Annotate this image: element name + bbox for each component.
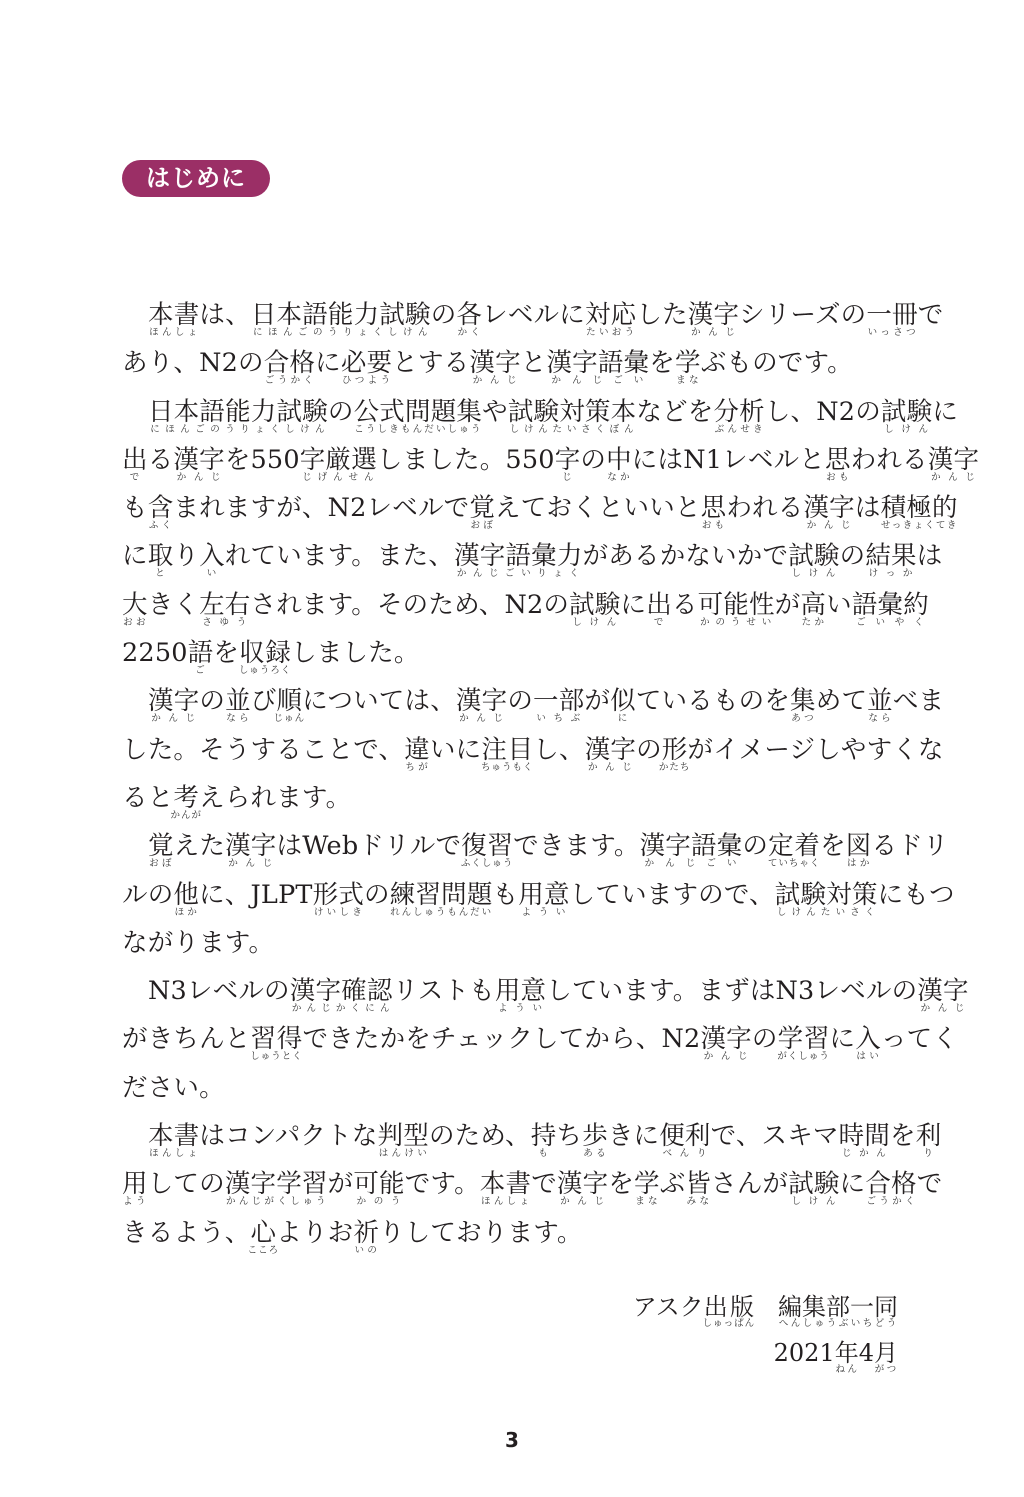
- furigana-word: 漢字かんじ: [928, 445, 979, 475]
- text-run: の: [328, 397, 354, 427]
- paragraph-1-line: 本書ほんしょは、日本語能力試験にほんごのうりょくしけんの各かくレベルに対応たいお…: [122, 298, 900, 346]
- text-run: ると: [122, 783, 173, 813]
- furigana-reading: ほんしょ: [148, 327, 199, 338]
- text-run: われる: [726, 493, 803, 523]
- furigana-reading: かんじ: [148, 713, 199, 724]
- furigana-reading: しけん: [788, 1196, 839, 1207]
- text-run: は: [855, 493, 881, 523]
- furigana-reading: なら: [225, 713, 251, 724]
- furigana-reading: じかん: [839, 1148, 890, 1159]
- text-run: は: [917, 541, 943, 571]
- furigana-reading: おも: [701, 520, 727, 531]
- furigana-word: 漢字かんじ: [148, 686, 199, 716]
- furigana-reading: ようい: [495, 1003, 546, 1014]
- paragraph-2-line: も含ふくまれますが、N2レベルで覚おぼえておくといいと思おもわれる漢字かんじは積…: [122, 491, 900, 539]
- text-run: ってく: [881, 1024, 958, 1054]
- furigana-reading: ふく: [148, 520, 174, 531]
- furigana-word: 年ねん: [835, 1339, 859, 1367]
- text-run: ルの: [122, 880, 173, 910]
- text-run: えられます。: [199, 783, 351, 813]
- furigana-word: 学習がくしゅう: [778, 1024, 830, 1054]
- furigana-reading: けいしき: [313, 907, 364, 918]
- furigana-word: 練習問題れんしゅうもんだい: [390, 880, 493, 910]
- furigana-word: 日本語能力試験にほんごのうりょくしけん: [148, 397, 328, 427]
- publication-date: 2021年ねん4月がつ: [633, 1338, 898, 1384]
- text-run: されます。そのため、N2の: [251, 590, 570, 620]
- text-run: ぶものです。: [701, 348, 853, 378]
- preface-body: 本書ほんしょは、日本語能力試験にほんごのうりょくしけんの各かくレベルに対応たいお…: [122, 298, 900, 1264]
- furigana-word: 利り: [916, 1121, 942, 1151]
- paragraph-5-line: がきちんと習得しゅうとくできたかをチェックしてから、N2漢字かんじの学習がくしゅ…: [122, 1022, 900, 1070]
- furigana-reading: がつ: [874, 1364, 898, 1375]
- furigana-word: 並なら: [867, 686, 893, 716]
- furigana-reading: しけん: [788, 568, 839, 579]
- text-run: も: [493, 880, 519, 910]
- furigana-reading: かんじごい: [546, 375, 649, 386]
- furigana-word: 形かたち: [662, 735, 688, 765]
- furigana-word: 出で: [122, 445, 148, 475]
- furigana-word: 図はか: [846, 831, 872, 861]
- furigana-word: 似に: [610, 686, 636, 716]
- text-run: がきちんと: [122, 1024, 251, 1054]
- furigana-reading: かんじ: [225, 858, 276, 869]
- text-run: 4: [859, 1339, 874, 1367]
- furigana-word: 用意ようい: [495, 976, 546, 1006]
- text-run: で: [918, 300, 944, 330]
- furigana-word: 大おお: [122, 590, 148, 620]
- furigana-reading: ていちゃく: [768, 858, 821, 869]
- furigana-reading: かんじ: [688, 327, 739, 338]
- furigana-reading: たか: [800, 617, 826, 628]
- furigana-word: 思おも: [825, 445, 851, 475]
- furigana-reading: かんじ: [173, 472, 224, 483]
- furigana-word: 歩ある: [582, 1121, 608, 1151]
- text-run: るドリ: [872, 831, 949, 861]
- text-run: いに: [430, 735, 481, 765]
- furigana-word: 漢字かんじ: [469, 348, 520, 378]
- furigana-reading: じ: [555, 472, 581, 483]
- furigana-reading: しゅっぱん: [703, 1318, 756, 1329]
- furigana-reading: いちぶ: [533, 713, 584, 724]
- text-run: きに: [608, 1121, 659, 1151]
- furigana-reading: さゆう: [199, 617, 250, 628]
- furigana-word: 字じ: [555, 445, 581, 475]
- furigana-word: 漢字かんじ: [585, 735, 636, 765]
- furigana-word: 漢字語彙力かんじごいりょく: [454, 541, 583, 571]
- text-run: です。: [405, 1169, 480, 1199]
- furigana-word: 他ほか: [173, 880, 199, 910]
- furigana-word: 可能かのう: [353, 1169, 404, 1199]
- furigana-reading: しけん: [881, 424, 932, 435]
- paragraph-3-line: した。そうすることで、違ちがいに注目ちゅうもくし、漢字かんじの形かたちがイメージ…: [122, 733, 900, 781]
- furigana-word: 出で: [646, 590, 672, 620]
- furigana-word: 覚おぼ: [148, 831, 174, 861]
- furigana-reading: かんじかくにん: [290, 1003, 393, 1014]
- text-run: を550: [225, 445, 300, 475]
- text-run: はWebドリルで: [277, 831, 462, 861]
- furigana-reading: へんしゅうぶいちどう: [778, 1318, 898, 1329]
- furigana-reading: なか: [606, 472, 632, 483]
- furigana-reading: せっきょくてき: [881, 520, 958, 531]
- furigana-reading: ある: [582, 1148, 608, 1159]
- text-run: あり、N2の: [122, 348, 264, 378]
- text-run: を: [890, 1121, 916, 1151]
- furigana-word: 皆みな: [685, 1169, 711, 1199]
- furigana-reading: ねん: [835, 1364, 859, 1375]
- furigana-word: 漢字かんじ: [803, 493, 854, 523]
- furigana-word: 取と: [148, 541, 174, 571]
- furigana-reading: おぼ: [148, 858, 174, 869]
- text-run: まれますが、N2レベルで: [173, 493, 469, 523]
- furigana-reading: おお: [122, 617, 148, 628]
- furigana-reading: ほか: [173, 907, 199, 918]
- text-run: は、: [199, 300, 250, 330]
- furigana-reading: かんじごいりょく: [454, 568, 583, 579]
- signature-block: アスク出版しゅっぱん 編集部一同へんしゅうぶいちどう 2021年ねん4月がつ: [633, 1292, 898, 1384]
- furigana-word: 本書ほんしょ: [148, 300, 199, 330]
- furigana-word: 字厳選じげんせん: [300, 445, 377, 475]
- furigana-word: 定着ていちゃく: [768, 831, 820, 861]
- text-run: した: [636, 300, 687, 330]
- furigana-reading: かたち: [659, 762, 691, 773]
- furigana-reading: も: [531, 1148, 557, 1159]
- text-run: る: [148, 445, 174, 475]
- furigana-reading: ほんしょ: [148, 1148, 199, 1159]
- furigana-reading: しけんたいさくぼん: [508, 424, 637, 435]
- text-run: を: [608, 1169, 634, 1199]
- furigana-word: 復習ふくしゅう: [461, 831, 513, 861]
- furigana-reading: かく: [456, 327, 482, 338]
- furigana-reading: よう: [122, 1196, 148, 1207]
- text-run: の: [752, 1024, 778, 1054]
- furigana-word: 対応たいおう: [585, 300, 636, 330]
- furigana-reading: かんじ: [928, 472, 979, 483]
- text-run: にもつ: [878, 880, 955, 910]
- furigana-reading: ちが: [404, 762, 430, 773]
- furigana-word: 漢字かんじ: [225, 831, 276, 861]
- furigana-word: 学まな: [675, 348, 701, 378]
- text-run: できます。: [513, 831, 639, 861]
- furigana-reading: かんじ: [803, 520, 854, 531]
- furigana-word: 試験対策本しけんたいさくぼん: [508, 397, 637, 427]
- text-run: はコンパクトな: [199, 1121, 377, 1151]
- furigana-reading: はか: [846, 858, 872, 869]
- furigana-word: 順じゅん: [277, 686, 303, 716]
- furigana-word: 本書ほんしょ: [480, 1169, 531, 1199]
- furigana-word: 日本語能力試験にほんごのうりょくしけん: [251, 300, 431, 330]
- page-number: 3: [0, 1428, 1024, 1452]
- text-run: ているものを: [636, 686, 790, 716]
- furigana-reading: けっか: [865, 568, 916, 579]
- furigana-reading: じげんせん: [300, 472, 377, 483]
- text-run: がイメージしやすくな: [688, 735, 944, 765]
- furigana-reading: べんり: [659, 1148, 710, 1159]
- text-run: に: [932, 397, 958, 427]
- text-run: N3レベルの: [148, 976, 290, 1006]
- furigana-word: 試験しけん: [788, 1169, 839, 1199]
- furigana-word: 便利べんり: [659, 1121, 710, 1151]
- text-run: が: [775, 590, 801, 620]
- paragraph-6-line: 用ようしての漢字学習かんじがくしゅうが可能かのうです。本書ほんしょで漢字かんじを…: [122, 1167, 900, 1215]
- furigana-reading: じゅん: [274, 713, 306, 724]
- furigana-word: 習得しゅうとく: [251, 1024, 303, 1054]
- furigana-word: 注目ちゅうもく: [481, 735, 533, 765]
- furigana-word: 漢字かんじ: [688, 300, 739, 330]
- furigana-reading: で: [122, 472, 148, 483]
- furigana-reading: こうしきもんだいしゅう: [354, 424, 483, 435]
- furigana-word: 思おも: [701, 493, 727, 523]
- furigana-reading: にほんごのうりょくしけん: [148, 424, 328, 435]
- furigana-reading: はい: [855, 1051, 881, 1062]
- text-run: に: [830, 1024, 856, 1054]
- text-run: しての: [148, 1169, 225, 1199]
- paragraph-5-line: ださい。: [122, 1071, 900, 1119]
- text-run: が: [328, 1169, 354, 1199]
- text-run: とする: [392, 348, 469, 378]
- paragraph-2-line: 日本語能力試験にほんごのうりょくしけんの公式問題集こうしきもんだいしゅうや試験対…: [122, 395, 900, 443]
- furigana-reading: ふくしゅう: [461, 858, 514, 869]
- text-run: ち: [556, 1121, 582, 1151]
- furigana-word: 月がつ: [874, 1339, 898, 1367]
- paragraph-4-line: ながります。: [122, 926, 900, 974]
- furigana-word: 心こころ: [251, 1218, 277, 1248]
- publisher-credit: アスク出版しゅっぱん 編集部一同へんしゅうぶいちどう: [633, 1292, 898, 1338]
- furigana-word: 編集部一同へんしゅうぶいちどう: [778, 1293, 898, 1321]
- furigana-word: 分析ぶんせき: [713, 397, 764, 427]
- text-run: アスク: [633, 1293, 704, 1321]
- furigana-word: 合格ごうかく: [865, 1169, 916, 1199]
- text-run: を: [213, 638, 239, 668]
- paragraph-2-line: 2250語ごを収録しゅうろくしました。: [122, 636, 900, 684]
- text-run: で、スキマ: [711, 1121, 839, 1151]
- text-run: の: [364, 880, 390, 910]
- furigana-reading: あつ: [790, 713, 816, 724]
- text-run: の: [507, 686, 533, 716]
- text-run: に: [122, 541, 148, 571]
- text-run: に: [621, 590, 647, 620]
- text-run: われる: [851, 445, 928, 475]
- furigana-word: 合格ごうかく: [264, 348, 315, 378]
- text-run: の: [636, 735, 662, 765]
- furigana-reading: かのうせい: [698, 617, 775, 628]
- furigana-reading: しゅうとく: [250, 1051, 303, 1062]
- furigana-reading: ごうかく: [264, 375, 315, 386]
- furigana-reading: かんじ: [456, 713, 507, 724]
- text-run: さんが: [711, 1169, 788, 1199]
- paragraph-6-line: 本書ほんしょはコンパクトな判型はんけいのため、持もち歩あるきに便利べんりで、スキ…: [122, 1119, 900, 1167]
- paragraph-2-line: 大おおきく左右さゆうされます。そのため、N2の試験しけんに出でる可能性かのうせい…: [122, 588, 900, 636]
- furigana-word: 漢字確認かんじかくにん: [290, 976, 393, 1006]
- furigana-word: 用よう: [122, 1169, 148, 1199]
- furigana-reading: い: [199, 568, 225, 579]
- furigana-reading: にほんごのうりょくしけん: [251, 327, 431, 338]
- text-run: リストも: [393, 976, 495, 1006]
- furigana-reading: いの: [353, 1245, 379, 1256]
- furigana-reading: ごいやく: [852, 617, 929, 628]
- furigana-reading: みな: [685, 1196, 711, 1207]
- furigana-reading: はんけい: [378, 1148, 429, 1159]
- paragraph-4-line: ルの他ほかに、JLPT形式けいしきの練習問題れんしゅうもんだいも用意よういしてい…: [122, 878, 900, 926]
- furigana-reading: こころ: [248, 1245, 280, 1256]
- text-run: などを: [636, 397, 713, 427]
- furigana-reading: たいおう: [585, 327, 636, 338]
- furigana-word: 積極的せっきょくてき: [881, 493, 958, 523]
- furigana-word: 収録しゅうろく: [239, 638, 291, 668]
- text-run: レベルに: [482, 300, 585, 330]
- text-run: きく: [148, 590, 199, 620]
- furigana-word: 漢字かんじ: [917, 976, 968, 1006]
- text-run: した。そうすることで、: [122, 735, 404, 765]
- furigana-reading: ぶんせき: [713, 424, 764, 435]
- furigana-word: 可能性かのうせい: [698, 590, 775, 620]
- furigana-reading: り: [916, 1148, 942, 1159]
- furigana-word: 入はい: [855, 1024, 881, 1054]
- text-run: があるかないかで: [583, 541, 789, 571]
- furigana-reading: しゅうろく: [239, 665, 292, 676]
- furigana-word: 語彙約ごいやく: [852, 590, 929, 620]
- furigana-reading: かんが: [171, 810, 203, 821]
- text-run: ぶ: [660, 1169, 686, 1199]
- furigana-word: 公式問題集こうしきもんだいしゅう: [354, 397, 483, 427]
- text-run: も: [122, 493, 148, 523]
- text-run: り: [173, 541, 199, 571]
- text-run: えた: [174, 831, 225, 861]
- text-run: より: [276, 1218, 327, 1248]
- furigana-word: 漢字かんじ: [456, 686, 507, 716]
- furigana-word: 一冊いっさつ: [866, 300, 917, 330]
- text-run: りしております。: [379, 1218, 583, 1248]
- text-run: 2250: [122, 638, 188, 668]
- furigana-reading: いっさつ: [866, 327, 917, 338]
- furigana-word: 各かく: [456, 300, 482, 330]
- furigana-reading: かんじがくしゅう: [225, 1196, 328, 1207]
- furigana-reading: かんじ: [469, 375, 520, 386]
- text-run: で: [531, 1169, 557, 1199]
- paragraph-4-line: 覚おぼえた漢字かんじはWebドリルで復習ふくしゅうできます。漢字語彙かんじごいの…: [122, 829, 900, 877]
- furigana-word: 漢字かんじ: [173, 445, 224, 475]
- furigana-reading: ごうかく: [865, 1196, 916, 1207]
- furigana-reading: と: [148, 568, 174, 579]
- furigana-reading: かんじ: [557, 1196, 608, 1207]
- text-run: に: [315, 348, 341, 378]
- furigana-word: 語ご: [188, 638, 214, 668]
- furigana-reading: かのう: [353, 1196, 404, 1207]
- furigana-word: 高たか: [800, 590, 826, 620]
- furigana-word: 用意ようい: [518, 880, 569, 910]
- furigana-word: 試験しけん: [788, 541, 839, 571]
- furigana-reading: かんじ: [917, 1003, 968, 1014]
- furigana-reading: ひつよう: [341, 375, 392, 386]
- furigana-word: 違ちが: [404, 735, 430, 765]
- text-run: に: [840, 1169, 866, 1199]
- text-run: のため、: [429, 1121, 531, 1151]
- text-run: の: [840, 541, 866, 571]
- text-run: めて: [816, 686, 867, 716]
- text-run: の: [580, 445, 606, 475]
- furigana-word: 集あつ: [790, 686, 816, 716]
- furigana-word: 形式けいしき: [313, 880, 364, 910]
- furigana-reading: まな: [634, 1196, 660, 1207]
- text-run: に、JLPT: [199, 880, 313, 910]
- text-run: していますので、: [570, 880, 775, 910]
- furigana-reading: れんしゅうもんだい: [390, 907, 493, 918]
- furigana-word: 結果けっか: [865, 541, 916, 571]
- paragraph-5-line: N3レベルの漢字確認かんじかくにんリストも用意よういしています。まずはN3レベル…: [122, 974, 900, 1022]
- furigana-word: 漢字語彙かんじごい: [640, 831, 743, 861]
- text-run: と: [521, 348, 547, 378]
- text-run: [754, 1293, 778, 1321]
- furigana-reading: ちゅうもく: [481, 762, 534, 773]
- furigana-word: 左右さゆう: [199, 590, 250, 620]
- paragraph-3-line: ると考かんがえられます。: [122, 781, 900, 829]
- furigana-word: 覚おぼ: [469, 493, 495, 523]
- text-run: 2021: [774, 1339, 835, 1367]
- paragraph-2-line: 出でる漢字かんじを550字厳選じげんせんしました。550字じの中なかにはN1レベ…: [122, 443, 900, 491]
- paragraph-1-line: あり、N2の合格ごうかくに必要ひつようとする漢字かんじと漢字語彙かんじごいを学ま…: [122, 346, 900, 394]
- furigana-reading: しけんたいさく: [775, 907, 878, 918]
- furigana-word: 考かんが: [173, 783, 199, 813]
- furigana-word: 持も: [531, 1121, 557, 1151]
- furigana-reading: ほんしょ: [480, 1196, 531, 1207]
- furigana-word: 時間じかん: [839, 1121, 890, 1151]
- furigana-word: 祈いの: [353, 1218, 379, 1248]
- text-run: べま: [893, 686, 944, 716]
- text-run: ださい。: [122, 1073, 225, 1103]
- text-run: にはN1レベルと: [632, 445, 825, 475]
- text-run: れています。また、: [225, 541, 454, 571]
- text-run: を: [820, 831, 846, 861]
- furigana-word: 学まな: [634, 1169, 660, 1199]
- text-run: お: [328, 1218, 354, 1248]
- furigana-word: 一部いちぶ: [533, 686, 584, 716]
- text-run: については、: [302, 686, 456, 716]
- text-run: しました。550: [377, 445, 555, 475]
- text-run: の: [742, 831, 768, 861]
- furigana-reading: がくしゅう: [777, 1051, 830, 1062]
- furigana-reading: かんじごい: [640, 858, 743, 869]
- text-run: シリーズの: [739, 300, 866, 330]
- section-heading-badge: はじめに: [122, 160, 270, 197]
- furigana-word: 並なら: [225, 686, 251, 716]
- text-run: び: [251, 686, 277, 716]
- furigana-word: 本書ほんしょ: [148, 1121, 199, 1151]
- text-run: を: [649, 348, 675, 378]
- furigana-reading: なら: [867, 713, 893, 724]
- text-run: が: [584, 686, 610, 716]
- text-run: えておくといいと: [495, 493, 701, 523]
- text-run: しました。: [291, 638, 420, 668]
- furigana-word: 漢字語彙かんじごい: [546, 348, 649, 378]
- text-run: い: [826, 590, 852, 620]
- text-run: きるよう、: [122, 1218, 251, 1248]
- furigana-reading: かんじ: [700, 1051, 751, 1062]
- text-run: しています。まずはN3レベルの: [546, 976, 917, 1006]
- furigana-word: 漢字学習かんじがくしゅう: [225, 1169, 328, 1199]
- furigana-word: 漢字かんじ: [557, 1169, 608, 1199]
- furigana-reading: かんじ: [585, 762, 636, 773]
- text-run: の: [199, 686, 225, 716]
- furigana-reading: しけん: [569, 617, 620, 628]
- paragraph-2-line: に取とり入いれています。また、漢字語彙力かんじごいりょくがあるかないかで試験しけ…: [122, 539, 900, 587]
- furigana-word: 含ふく: [148, 493, 174, 523]
- furigana-reading: ご: [188, 665, 214, 676]
- furigana-word: 必要ひつよう: [341, 348, 392, 378]
- paragraph-3-line: 漢字かんじの並ならび順じゅんについては、漢字かんじの一部いちぶが似にているものを…: [122, 684, 900, 732]
- furigana-reading: まな: [675, 375, 701, 386]
- text-run: ながります。: [122, 928, 274, 958]
- furigana-word: 試験しけん: [881, 397, 932, 427]
- text-run: し、N2の: [765, 397, 881, 427]
